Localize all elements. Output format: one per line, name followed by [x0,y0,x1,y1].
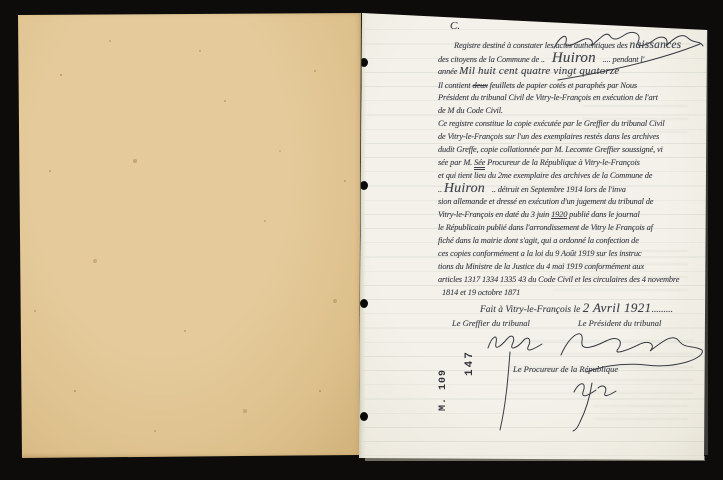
line-text: Vitry-le-François en daté du 3 juin [438,210,551,219]
line-text: .. [438,185,444,194]
line-text: sion allemande et dressé en exécution d'… [438,197,653,206]
line-text-struck: deux [472,81,487,90]
register-title-page: C. Registre destiné à constater les acte… [358,10,710,462]
line-text: .. détruit en Septembre 1914 lors de l'i… [490,185,626,194]
signature-procureur [556,376,620,432]
line-text: des citoyens de la Commune de .. [438,55,545,64]
line-text-underlined: 1920 [551,210,567,219]
line-text: dudit Greffe, copie collationnée par M. … [438,145,663,154]
line-text: le Républicain publié dans l'arrondissem… [438,223,653,232]
register-declaration: Registre destiné à constater les actes a… [438,39,716,299]
register-line: le Républicain publié dans l'arrondissem… [438,221,716,234]
register-line: Vitry-le-François en daté du 3 juin 1920… [438,208,716,221]
register-line: 1814 et 19 octobre 1871 [438,286,716,299]
line-text: Il contient [438,81,472,90]
folio-number-stamp: 147 [464,342,476,376]
dateline-date: 2 Avril 1921 [583,300,652,315]
register-line: Président du tribunal Civil de Vitry-le-… [438,91,716,104]
register-line: tions du Ministre de la Justice du 4 mai… [438,260,716,273]
register-line: .. Huiron .. détruit en Septembre 1914 l… [438,182,716,195]
line-text: et qui tient lieu du 2me exemplaire des … [438,171,652,180]
line-text: fiché dans la mairie dont s'agit, qui a … [438,236,639,245]
line-text-emphasis: Huiron [552,50,596,66]
line-text: Président du tribunal Civil de Vitry-le-… [438,93,658,102]
line-text: Ce registre constitue la copie exécutée … [438,119,665,128]
register-cover-page [14,10,364,460]
register-line: Il contient deux feuillets de papier cot… [438,78,716,91]
line-text: publié dans le journal [567,210,639,219]
line-text: 1814 et 19 octobre 1871 [442,288,520,297]
line-text: feuillets de papier cotés et paraphés pa… [488,81,637,90]
register-line: ces copies conformément a la loi du 9 Ao… [438,247,716,260]
line-text-emphasis: naissances [630,39,682,51]
signature-president [556,322,706,374]
series-letter: C. [450,20,460,32]
dateline-dots: ......... [652,305,673,315]
dateline: Fait à Vitry-le-François le 2 Avril 1921… [480,300,673,316]
register-line: articles 1317 1334 1335 43 du Code Civil… [438,273,716,286]
archive-cote-stamp: M. 109 [438,357,449,411]
line-text: ces copies conformément a la loi du 9 Ao… [438,249,641,258]
line-text: année [438,67,459,76]
line-text: tions du Ministre de la Justice du 4 mai… [438,262,644,271]
register-line: sée par M. Sée Procureur de la Républiqu… [438,156,716,169]
line-text: sée par M. [438,158,474,167]
line-text: Registre destiné à constater les actes a… [454,41,630,50]
register-line: dudit Greffe, copie collationnée par M. … [438,143,716,156]
register-line: de M du Code Civil. [438,104,716,117]
scan-background: C. Registre destiné à constater les acte… [0,0,723,480]
register-line: fiché dans la mairie dont s'agit, qui a … [438,234,716,247]
handwritten-content: C. Registre destiné à constater les acte… [358,10,710,462]
signature-greffier [480,328,552,436]
register-line: année Mil huit cent quatre vingt quatorz… [438,65,716,78]
register-line: de Vitry-le-François sur l'un des exempl… [438,130,716,143]
line-text: articles 1317 1334 1335 43 du Code Civil… [438,275,679,284]
register-line: sion allemande et dressé en exécution d'… [438,195,716,208]
dateline-text: Fait à Vitry-le-François le [480,305,583,315]
line-text-emphasis: Mil huit cent quatre vingt quatorze [459,65,619,77]
line-text: .... pendant l' [603,55,644,64]
line-text: de M du Code Civil. [438,106,503,115]
greffier-title: Le Greffier du tribunal [452,318,530,328]
cover-speckles [14,10,16,12]
register-line: Ce registre constitue la copie exécutée … [438,117,716,130]
line-text: de Vitry-le-François sur l'un des exempl… [438,132,659,141]
register-line: des citoyens de la Commune de ..Huiron..… [438,52,716,65]
line-text: Procureur de la République à Vitry-le-Fr… [485,158,640,167]
line-text-emphasis: Huiron [444,181,485,196]
